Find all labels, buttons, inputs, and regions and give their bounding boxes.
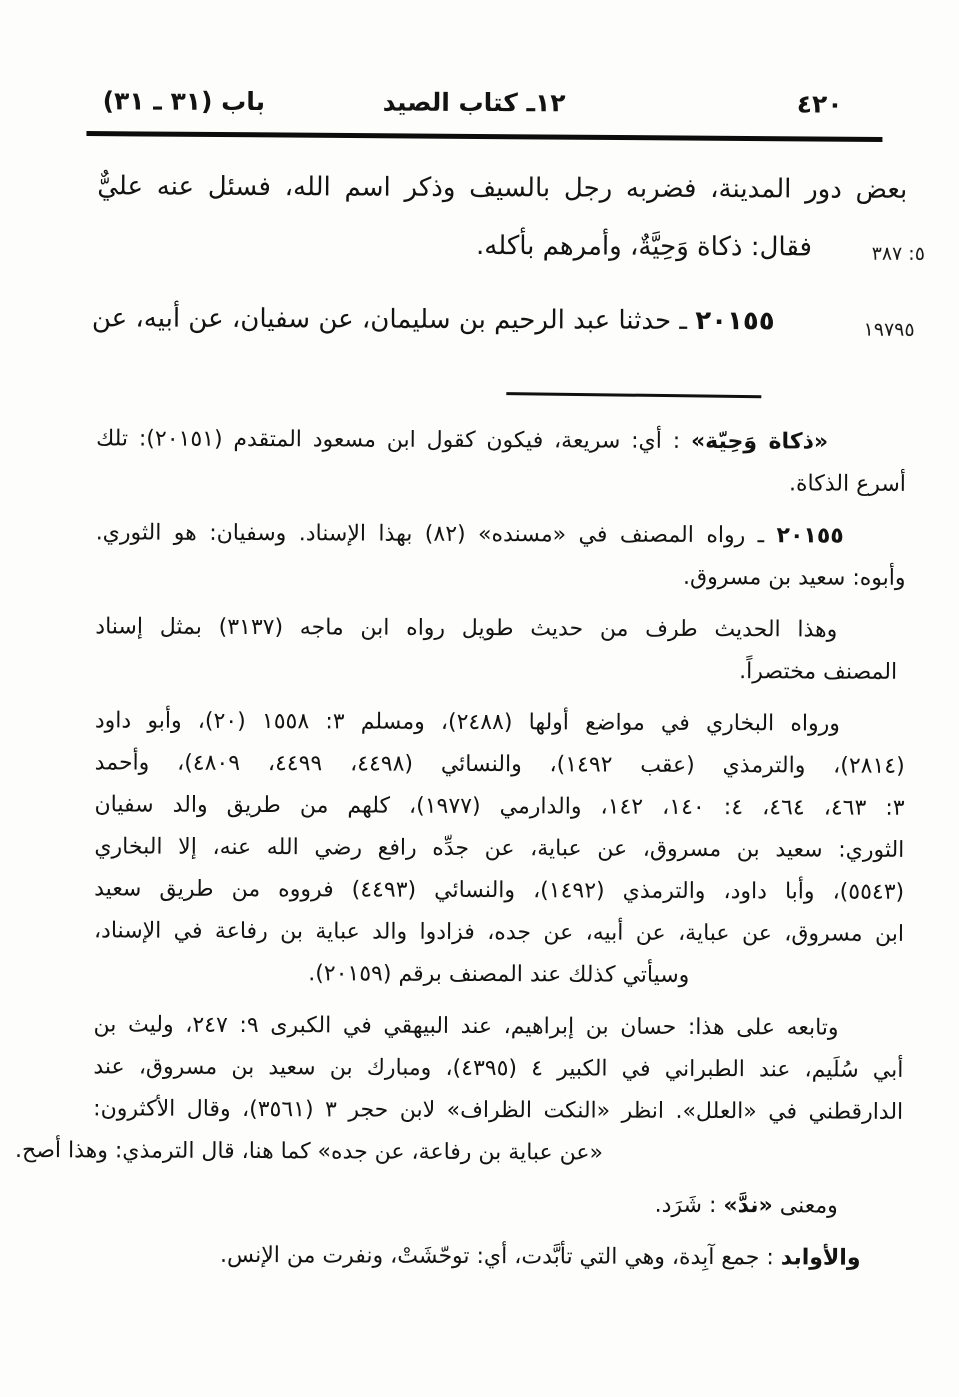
footnote-line: والأوابد : جمع آبِدة، وهي التي تأبَّدت، … [92, 1234, 902, 1280]
text-run: بعض دور المدينة، فضربه رجل بالسيف وذكر ا… [97, 171, 907, 205]
footnote-line: الثوري: سعيد بن مسروق، عن عباية، عن جدِّ… [94, 826, 904, 872]
footnote-line: وهذا الحديث طرف من حديث طويل رواه ابن ما… [95, 606, 905, 652]
footnote-paragraph: ومعنى «ندَّ» : شَرَد. [93, 1182, 903, 1228]
footnote-paragraph: ورواه البخاري في مواضع أولها (٢٤٨٨)، ومس… [94, 700, 905, 998]
bold-term: ٢٠١٥٥ [777, 523, 844, 548]
body-line: ٢٠١٥٥ ـ حدثنا عبد الرحيم بن سليمان، عن س… [97, 298, 907, 342]
bold-term: والأوابد [781, 1245, 861, 1270]
text-run: (٥٥٤٣)، وأبا داود، والترمذي (١٤٩٢)، والن… [94, 876, 904, 905]
footnote-line: وسيأتي كذلك عند المصنف برقم (٢٠١٥٩). [94, 952, 904, 998]
footnote-line: وتابعه على هذا: حسان بن إبراهيم، عند الب… [93, 1004, 903, 1050]
footnote-paragraph: وهذا الحديث طرف من حديث طويل رواه ابن ما… [95, 606, 905, 694]
footnote-line: وأبوه: سعيد بن مسروق. [95, 554, 905, 600]
text-run: الدارقطني في «العلل». انظر «النكت الظراف… [93, 1096, 903, 1125]
footnote-paragraph: والأوابد : جمع آبِدة، وهي التي تأبَّدت، … [92, 1234, 902, 1280]
footnote-line: «ذكاة وَحِيّة» : أي: سريعة، فيكون كقول ا… [96, 418, 906, 464]
text-run: ورواه البخاري في مواضع أولها (٢٤٨٨)، ومس… [95, 708, 840, 736]
footnote-line: (٢٨١٤)، والترمذي (عقب ١٤٩٢)، والنسائي (٤… [95, 742, 905, 788]
footnote-line: (٥٥٤٣)، وأبا داود، والترمذي (١٤٩٢)، والن… [94, 868, 904, 914]
margin-ref-number: ١٩٧٩٥ [863, 310, 914, 350]
footnote-line: ٣: ٤٦٣، ٤٦٤، ٤: ١٤٠، ١٤٢، والدارمي (١٩٧٧… [94, 784, 904, 830]
text-run: : جمع آبِدة، وهي التي تأبَّدت، أي: توحّش… [220, 1243, 781, 1270]
text-run: ومعنى [773, 1193, 838, 1218]
footnote-line: ٢٠١٥٥ ـ رواه المصنف في «مسنده» (٨٢) بهذا… [96, 512, 906, 558]
text-run: وسيأتي كذلك عند المصنف برقم (٢٠١٥٩). [308, 961, 689, 988]
text-run: ـ رواه المصنف في «مسنده» (٨٢) بهذا الإسن… [96, 520, 777, 548]
margin-ref-number: ٥: ٣٨٧ [872, 234, 925, 274]
footnote-line: ابن مسروق، عن عباية، عن أبيه، عن جده، فز… [94, 910, 904, 956]
text-run: ٣: ٤٦٣، ٤٦٤، ٤: ١٤٠، ١٤٢، والدارمي (١٩٧٧… [94, 792, 904, 821]
body-line: بعض دور المدينة، فضربه رجل بالسيف وذكر ا… [97, 166, 907, 210]
body-line: فقال: ذكاة وَحِيَّةٌ، وأمرهم بأكله.٥: ٣٨… [97, 224, 907, 268]
footnote-paragraph: ٢٠١٥٥ ـ رواه المصنف في «مسنده» (٨٢) بهذا… [95, 512, 905, 600]
text-run: : شَرَد. [655, 1193, 724, 1218]
text-run: «عن عباية بن رفاعة، عن جده» كما هنا، قال… [15, 1138, 603, 1166]
footnote-line: ومعنى «ندَّ» : شَرَد. [93, 1182, 903, 1228]
text-run: وهذا الحديث طرف من حديث طويل رواه ابن ما… [95, 614, 837, 642]
scanned-book-page: ٤٢٠ ١٢ـ كتاب الصيد باب (٣١ ـ ٣١) بعض دور… [0, 0, 959, 1397]
bold-term: «ذكاة وَحِيّة» [691, 429, 828, 455]
footnote-line: أبي سُلَيم، عند الطبراني في الكبير ٤ (٤٣… [93, 1046, 903, 1092]
bold-term: ٢٠١٥٥ [695, 306, 774, 336]
text-run: ابن مسروق، عن عباية، عن أبيه، عن جده، فز… [94, 918, 904, 947]
footnote-paragraph: وتابعه على هذا: حسان بن إبراهيم، عند الب… [93, 1004, 904, 1176]
text-run: ـ حدثنا عبد الرحيم بن سليمان، عن سفيان، … [92, 303, 696, 336]
text-run: أبي سُلَيم، عند الطبراني في الكبير ٤ (٤٣… [93, 1054, 903, 1083]
text-run: وتابعه على هذا: حسان بن إبراهيم، عند الب… [94, 1012, 839, 1040]
footnote-line: ورواه البخاري في مواضع أولها (٢٤٨٨)، ومس… [95, 700, 905, 746]
text-run: وأبوه: سعيد بن مسروق. [683, 565, 906, 591]
footnote-paragraph: «ذكاة وَحِيّة» : أي: سريعة، فيكون كقول ا… [96, 418, 906, 506]
text-run: : أي: سريعة، فيكون كقول ابن مسعود المتقد… [96, 426, 691, 454]
text-run: (٢٨١٤)، والترمذي (عقب ١٤٩٢)، والنسائي (٤… [95, 750, 905, 779]
text-run: فقال: ذكاة وَحِيَّةٌ، وأمرهم بأكله. [476, 231, 812, 262]
page-content: ٤٢٠ ١٢ـ كتاب الصيد باب (٣١ ـ ٣١) بعض دور… [0, 0, 959, 1397]
bold-term: «ندَّ» [723, 1193, 773, 1218]
text-run: الثوري: سعيد بن مسروق، عن عباية، عن جدِّ… [94, 834, 904, 863]
footnote-line: «عن عباية بن رفاعة، عن جده» كما هنا، قال… [93, 1130, 903, 1176]
footnote-line: الدارقطني في «العلل». انظر «النكت الظراف… [93, 1088, 903, 1134]
footnote-line: أسرع الذكاة. [96, 460, 906, 506]
text-run: المصنف مختصراً. [739, 659, 897, 685]
text-run: أسرع الذكاة. [789, 471, 906, 497]
footnote-line: المصنف مختصراً. [95, 648, 905, 694]
footnotes-section: «ذكاة وَحِيّة» : أي: سريعة، فيكون كقول ا… [92, 418, 906, 1290]
